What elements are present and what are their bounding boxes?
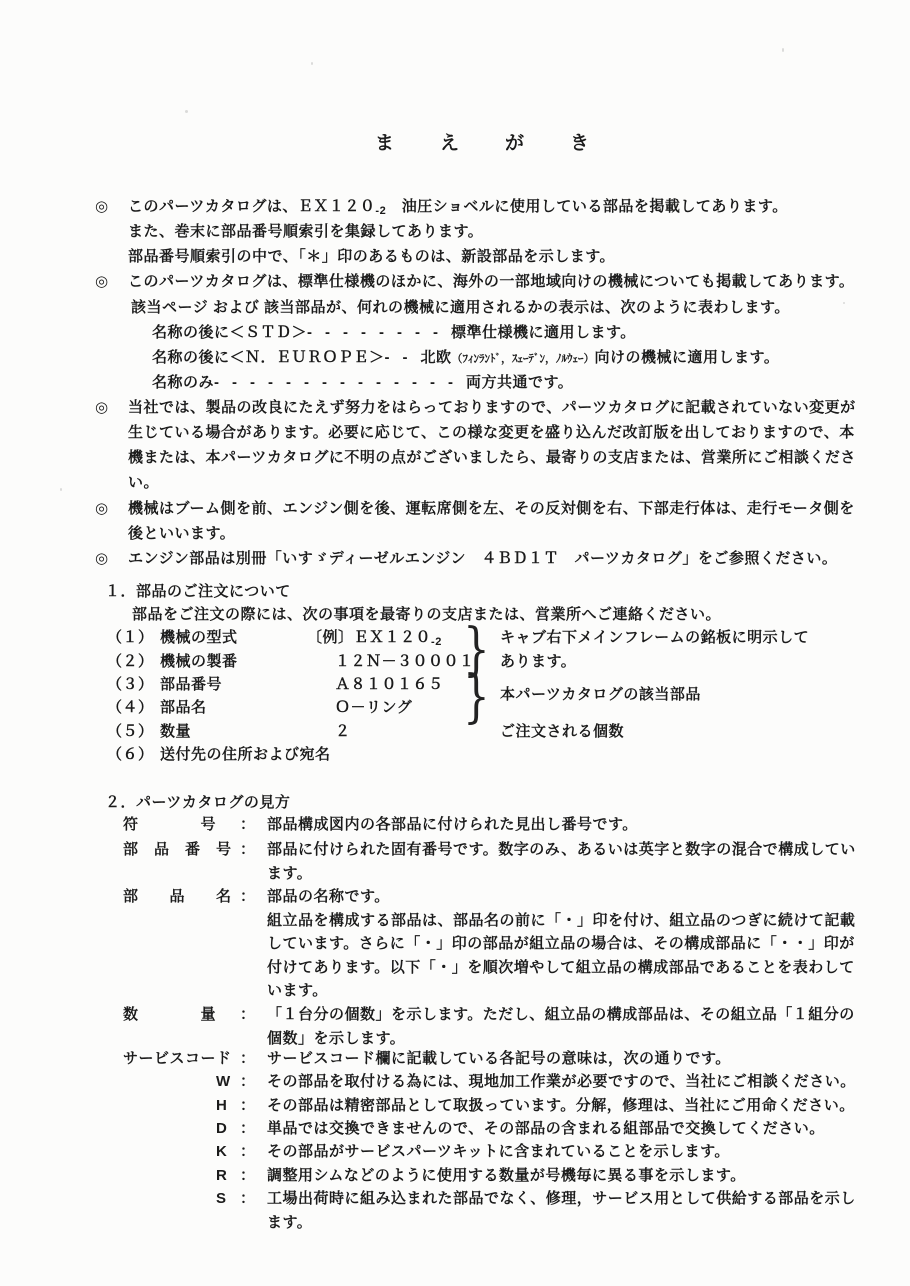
colon-separator: ： (240, 1070, 255, 1094)
brace-items-3-4: } (463, 668, 490, 725)
item-number: （２） (107, 650, 154, 674)
preface-line-text: 名称のみ (152, 374, 214, 391)
service-code-description: その部品がサービスパーツキットに含まれていることを示します。 (267, 1140, 730, 1164)
section1-intro: 部品をご注文の際には、次の事項を最寄りの支店または、営業所へご連絡ください。 (132, 603, 721, 627)
item-label: 機械の型式 (160, 626, 238, 650)
service-code-description: その部品は精密部品として取扱っています。分解，修理は、当社にご用命ください。 (267, 1094, 855, 1118)
colon-separator: ： (240, 1003, 255, 1027)
colon-separator: ： (240, 1164, 255, 1188)
service-code-letter: D (216, 1117, 227, 1141)
preface-line: 該当ページ および 該当部品が、何れの機械に適用されるかの表示は、次のように表わ… (131, 296, 790, 320)
item-value: Ａ８１０１６５ (335, 673, 444, 697)
preface-line: エンジン部品は別冊「いすゞディーゼルエンジン ４ＢＤ１Ｔ パーツカタログ」をご参… (128, 547, 837, 571)
item-number: （１） (107, 626, 154, 650)
item-number: （５） (107, 720, 154, 744)
item-value: １２Ｎ－３０００１ (335, 650, 475, 674)
preface-line: このパーツカタログは、ＥＸ１２０-2 油圧ショベルに使用している部品を掲載してあ… (128, 195, 788, 219)
item-label: 機械の製番 (160, 650, 238, 674)
term-label: 数 量 (123, 1003, 216, 1027)
service-code-description: 調整用シムなどのように使用する数量が号機毎に異る事を示します。 (267, 1164, 746, 1188)
section1-heading: １．部品のご注文について (105, 580, 291, 604)
annotation-catalog-part: 本パーツカタログの該当部品 (500, 683, 701, 707)
scan-speck (843, 302, 845, 304)
bullet-marker: ◎ (95, 497, 121, 521)
model-subscript: -2 (431, 636, 442, 648)
preface-line: 名称の後に＜Ｎ．ＥＵＲＯＰＥ＞--北欧（ﾌｨﾝﾗﾝﾄﾞ，ｽｪｰﾃﾞﾝ，ﾉﾙｳｪｰ… (152, 346, 779, 370)
service-code-letter: K (216, 1140, 227, 1164)
nordic-countries-note: （ﾌｨﾝﾗﾝﾄﾞ，ｽｪｰﾃﾞﾝ，ﾉﾙｳｪｰ） (452, 353, 595, 365)
service-code-description: 工場出荷時に組み込まれた部品でなく、修理，サービス用として供給する部品を示し ま… (267, 1187, 856, 1234)
preface-line-text: 向けの機械に適用します。 (595, 349, 780, 366)
term-description: 部品の名称です。 組立品を構成する部品は、部品名の前に「・」印を付け、組立品のつ… (267, 885, 855, 1003)
preface-line-text: 油圧ショベルに使用している部品を掲載してあります。 (386, 198, 788, 215)
colon-separator: ： (240, 813, 255, 837)
term-description: 部品に付けられた固有番号です。数字のみ、あるいは英字と数字の混合で構成してい ま… (267, 838, 856, 885)
preface-line: このパーツカタログは、標準仕様機のほかに、海外の一部地域向けの機械についても掲載… (128, 270, 854, 294)
colon-separator: ： (240, 885, 255, 909)
service-code-description: その部品を取付ける為には、現地加工作業が必要ですので、当社にご相談ください。 (267, 1070, 856, 1094)
preface-line-text: 北欧 (421, 349, 452, 366)
preface-line: 機または、本パーツカタログに不明の点がございましたら、最寄りの支店または、営業所… (128, 446, 856, 470)
preface-line: 後といいます。 (128, 522, 235, 546)
item-number: （４） (107, 696, 154, 720)
dash-leader: -------- (307, 324, 451, 341)
preface-line-text: このパーツカタログは、ＥＸ１２０ (128, 198, 375, 215)
colon-separator: ： (240, 838, 255, 862)
item-value: 〔例〕ＥＸ１２０-2 (307, 626, 442, 650)
bullet-marker: ◎ (95, 396, 121, 420)
scan-speck (60, 488, 62, 491)
preface-line: 名称の後に＜ＳＴＤ＞--------標準仕様機に適用します。 (152, 321, 636, 345)
preface-line: また、巻末に部品番号順索引を集録してあります。 (128, 220, 483, 244)
preface-line-text: 両方共通です。 (466, 374, 573, 391)
dash-leader: -- (385, 349, 421, 366)
preface-line: 機械はブーム側を前、エンジン側を後、運転席側を左、その反対側を右、下部走行体は、… (128, 497, 855, 521)
item-number: （６） (107, 743, 154, 767)
term-description: 部品構成図内の各部品に付けられた見出し番号です。 (267, 813, 638, 837)
preface-line: 当社では、製品の改良にたえず努力をはらっておりますので、パーツカタログに記載され… (128, 396, 856, 420)
colon-separator: ： (240, 1140, 255, 1164)
scanned-document-page: まえがき ◎ このパーツカタログは、ＥＸ１２０-2 油圧ショベルに使用している部… (0, 0, 910, 1286)
term-label: 符 号 (123, 813, 216, 837)
item-label: 部品名 (160, 696, 207, 720)
scan-speck (782, 48, 784, 52)
preface-line: い。 (128, 471, 159, 495)
example-bracket: 〔例〕 (307, 629, 354, 646)
service-code-letter: R (216, 1164, 227, 1188)
dash-leader: -------------- (214, 374, 466, 391)
item-number: （３） (107, 673, 154, 697)
item-label: 数量 (160, 720, 191, 744)
colon-separator: ： (240, 1047, 255, 1071)
preface-line: 名称のみ--------------両方共通です。 (152, 371, 573, 395)
scan-speck (680, 1196, 682, 1198)
annotation-order-qty: ご注文される個数 (500, 720, 624, 744)
preface-line: 部品番号順索引の中で、「＊」印のあるものは、新設部品を示します。 (128, 245, 615, 269)
item-value: Ｏ－リング (335, 696, 412, 720)
service-code-letter: H (216, 1094, 227, 1118)
preface-line-text: 名称の後に＜Ｎ．ＥＵＲＯＰＥ＞ (152, 349, 385, 366)
annotation-nameplate: キャブ右下メインフレームの銘板に明示して (500, 626, 809, 650)
service-code-letter: W (216, 1070, 230, 1094)
term-label: サービスコード (123, 1047, 232, 1071)
scan-speck (185, 110, 188, 113)
item-value-text: ＥＸ１２０ (354, 629, 432, 646)
item-label: 部品番号 (160, 673, 222, 697)
colon-separator: ： (240, 1187, 255, 1211)
colon-separator: ： (240, 1117, 255, 1141)
preface-line-text: 名称の後に＜ＳＴＤ＞ (152, 324, 307, 341)
service-code-letter: S (216, 1187, 226, 1211)
term-label: 部 品 番 号 (123, 838, 232, 862)
bullet-marker: ◎ (95, 270, 121, 294)
item-value: ２ (335, 720, 351, 744)
bullet-marker: ◎ (95, 547, 121, 571)
service-code-description: 単品では交換できませんので、その部品の含まれる組部品で交換してください。 (267, 1117, 825, 1141)
model-subscript: -2 (375, 205, 386, 217)
section2-heading: ２．パーツカタログの見方 (105, 791, 290, 815)
colon-separator: ： (240, 1094, 255, 1118)
term-description: 「１台分の個数」を示します。ただし、組立品の構成部品は、その組立品「１組分の 個… (267, 1003, 855, 1050)
scan-speck (311, 62, 313, 65)
preface-line: 生じている場合があります。必要に応じて、この様な変更を盛り込んだ改訂版を出してお… (128, 421, 855, 445)
annotation-nameplate-cont: あります。 (500, 650, 576, 674)
preface-line-text: 標準仕様機に適用します。 (451, 324, 636, 341)
term-label: 部 品 名 (123, 885, 232, 909)
item-label: 送付先の住所および宛名 (160, 743, 331, 767)
bullet-marker: ◎ (95, 195, 121, 219)
term-description: サービスコード欄に記載している各記号の意味は，次の通りです。 (267, 1047, 731, 1071)
page-title: まえがき (375, 128, 635, 155)
